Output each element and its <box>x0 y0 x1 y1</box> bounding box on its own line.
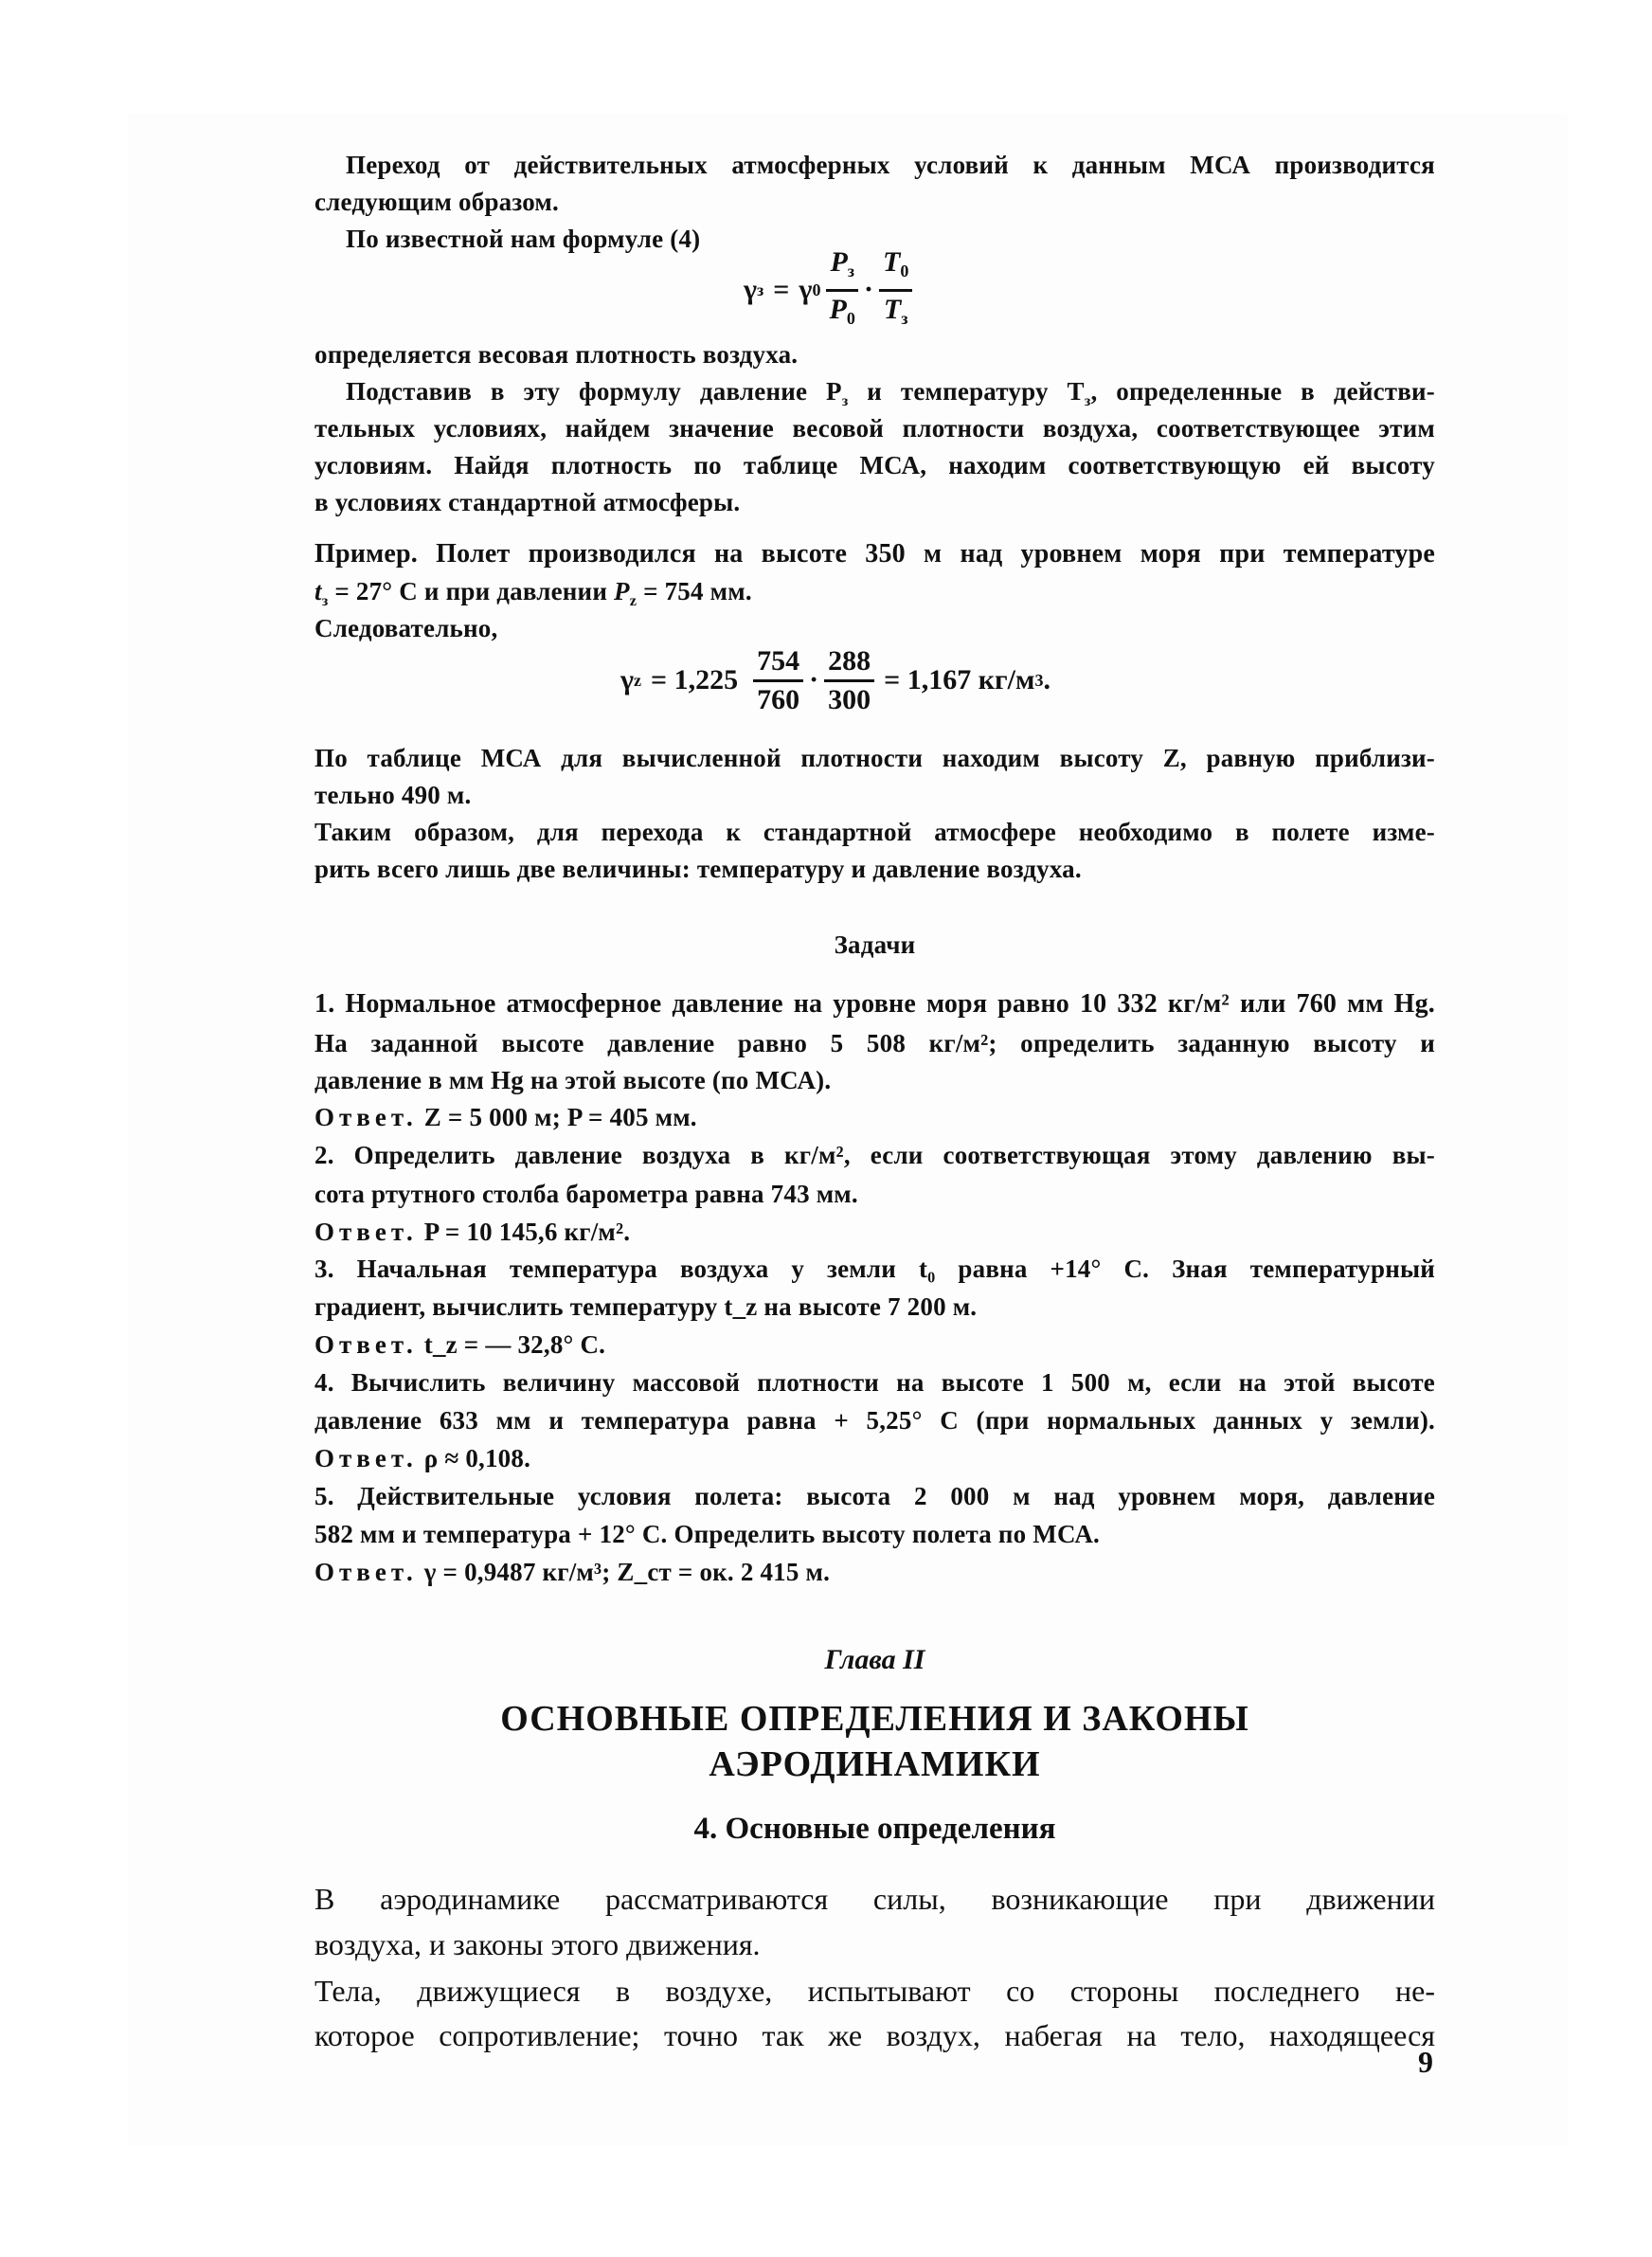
problem-line: 3. Начальная температура воздуха у земли… <box>314 1253 1435 1285</box>
problem-line: сота ртутного столба барометра равна 743… <box>314 1178 1435 1210</box>
problem-answer: Ответ. P = 10 145,6 кг/м². <box>314 1216 1435 1248</box>
paragraph-line: рить всего лишь две величины: температур… <box>314 853 1435 885</box>
problems-heading: Задачи <box>314 929 1435 961</box>
page-number: 9 <box>1418 2045 1433 2080</box>
problem-line: давление 633 мм и температура равна + 5,… <box>314 1404 1435 1436</box>
problem-answer: Ответ. Z = 5 000 м; P = 405 мм. <box>314 1101 1435 1133</box>
section-heading: 4. Основные определения <box>314 1812 1435 1847</box>
paragraph-line: в условиях стандартной атмосферы. <box>314 486 1435 518</box>
example-line: Следовательно, <box>314 612 1435 644</box>
gamma-symbol: γ <box>744 274 757 306</box>
problem-line: 5. Действительные условия полета: высота… <box>314 1480 1435 1512</box>
chapter-label: Глава II <box>314 1644 1435 1676</box>
problem-line: 1. Нормальное атмосферное давление на ур… <box>314 988 1435 1020</box>
paragraph-line: определяется весовая плотность воздуха. <box>314 338 1435 370</box>
formula-example: γz = 1,225 754 760 · 288 300 = 1,167 кг/… <box>620 642 1050 718</box>
formula-density: γз = γ0 Pз P0 · T0 Tз <box>744 248 918 332</box>
body-line: воздуха, и законы этого движения. <box>314 1926 1435 1962</box>
paragraph-line: тельных условиях, найдем значение весово… <box>314 412 1435 444</box>
body-line: Тела, движущиеся в воздухе, испытывают с… <box>314 1973 1435 2009</box>
problem-line: 4. Вычислить величину массовой плотности… <box>314 1366 1435 1399</box>
body-line: которое сопротивление; точно так же возд… <box>314 2017 1435 2053</box>
paragraph-line: Переход от действительных атмосферных ус… <box>346 149 1435 181</box>
paragraph-line: Подставив в эту формулу давление Pз и те… <box>346 375 1435 417</box>
example-line: Пример. Полет производился на высоте 350… <box>314 538 1435 570</box>
example-line: tз = 27° С и при давлении Pz = 754 мм. <box>314 575 1435 617</box>
paragraph-line: тельно 490 м. <box>314 779 1435 811</box>
chapter-title: ОСНОВНЫЕ ОПРЕДЕЛЕНИЯ И ЗАКОНЫ <box>314 1696 1435 1742</box>
problem-line: давление в мм Hg на этой высоте (по МСА)… <box>314 1064 1435 1096</box>
paragraph-line: Таким образом, для перехода к стандартно… <box>314 816 1435 848</box>
example-label: Пример. <box>314 539 418 569</box>
problem-answer: Ответ. ρ ≈ 0,108. <box>314 1442 1435 1474</box>
body-line: В аэродинамике рассматриваются силы, воз… <box>314 1881 1435 1917</box>
paragraph-line: условиям. Найдя плотность по таблице МСА… <box>314 449 1435 481</box>
paragraph-line: По таблице МСА для вычисленной плотности… <box>314 742 1435 774</box>
problem-line: градиент, вычислить температуру t_z на в… <box>314 1291 1435 1323</box>
problem-answer: Ответ. γ = 0,9487 кг/м³; Z_ст = ок. 2 41… <box>314 1556 1435 1588</box>
fraction-temperature-values: 288 300 <box>824 645 874 716</box>
problem-line: На заданной высоте давление равно 5 508 … <box>314 1027 1435 1059</box>
fraction-pressure-values: 754 760 <box>753 645 803 716</box>
chapter-title: АЭРОДИНАМИКИ <box>314 1742 1435 1787</box>
fraction-pressure: Pз P0 <box>826 246 858 334</box>
problem-line: 2. Определить давление воздуха в кг/м², … <box>314 1139 1435 1171</box>
problem-answer: Ответ. t_z = — 32,8° С. <box>314 1328 1435 1361</box>
paragraph-line: следующим образом. <box>314 186 1435 218</box>
problem-line: 582 мм и температура + 12° С. Определить… <box>314 1518 1435 1550</box>
fraction-temperature: T0 Tз <box>879 246 912 334</box>
